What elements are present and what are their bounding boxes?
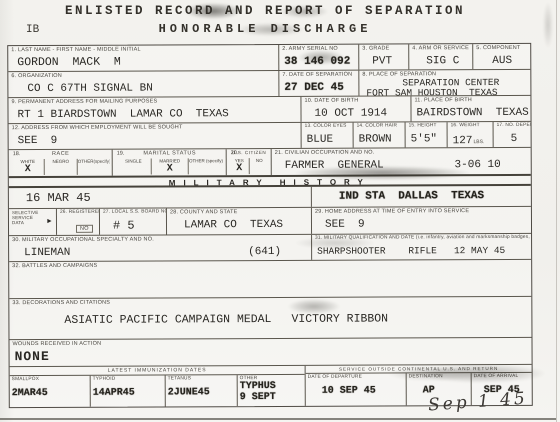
typhoid-value: 14APR45 [93,387,163,398]
local-board-value: # 5 [113,219,164,231]
immunization-columns: SMALLPOX 2MAR45 TYPHOID 14APR45 TETANUS … [10,375,305,407]
departure-label: DATE OF DEPARTURE [308,374,404,381]
race-number: 18. [13,151,21,157]
typhoid-label: TYPHOID [93,376,163,383]
field-grade: 3. GRADE PVT [358,44,408,69]
field-color-eyes: 13. COLOR EYES BLUE [301,123,353,148]
field-battles: 32. BATTLES AND CAMPAIGNS [9,260,531,298]
row-physical: 12. ADDRESS FROM WHICH EMPLOYMENT WILL B… [9,121,531,149]
place-of-birth-label: 11. PLACE OF BIRTH [414,97,528,104]
marital-number: 19. [117,151,125,157]
date-of-birth-label: 10. DATE OF BIRTH [304,97,408,104]
field-home-address: 29. HOME ADDRESS AT TIME OF ENTRY INTO S… [311,207,531,234]
marital-head: 19. MARITAL STATUS [116,150,224,157]
field-county-state: 28. COUNTY AND STATE LAMAR CO TEXAS [166,208,311,235]
field-employment-address: 12. ADDRESS FROM WHICH EMPLOYMENT WILL B… [9,123,301,149]
arrival-label: DATE OF ARRIVAL [474,374,531,381]
weight-unit: LBS. [473,139,484,145]
race-option-mark: X [12,164,44,174]
row-wounds: WOUNDS RECEIVED IN ACTION NONE [9,337,531,366]
last-name-value: GORDON MACK M [17,55,276,68]
qualification-label: 31. MILITARY QUALIFICATION AND DATE (i.e… [315,235,529,242]
race-options: WHITE X NEGRO OTHER(specify) [12,159,110,175]
immunization-group: LATEST IMMUNIZATION DATES SMALLPOX 2MAR4… [10,366,305,407]
color-eyes-label: 13. COLOR EYES [305,124,351,131]
field-entry-place: IND STA DALLAS TEXAS [311,186,531,207]
decorations-value-1: ASIATIC PACIFIC CAMPAIGN MEDAL [64,313,271,326]
other-immunization-value-2: 9 SEPT [240,391,303,402]
organization-value: CO C 67TH SIGNAL BN [27,81,276,94]
decorations-label: 33. DECORATIONS AND CITATIONS [12,298,529,307]
arm-or-service-label: 4. ARM OR SERVICE [412,45,470,52]
specialty-number: (641) [248,245,281,257]
place-of-separation-value-2: FORT SAM HOUSTON TEXAS [366,87,528,95]
serial-no-value: 38 146 092 [284,55,356,67]
citizen-option-yes: YES X [230,158,249,174]
field-height: 15. HEIGHT 5'5" [405,122,447,147]
scanned-discharge-form: IB ENLISTED RECORD AND REPORT OF SEPARAT… [0,0,560,422]
field-place-of-birth: 11. PLACE OF BIRTH BAIRDSTOWN TEXAS [410,96,530,122]
component-value: AUS [492,54,528,66]
field-wounds: WOUNDS RECEIVED IN ACTION NONE [9,338,531,366]
smallpox-value: 2MAR45 [12,387,88,398]
qualification-value: SHARPSHOOTER RIFLE 12 MAY 45 [317,244,529,257]
selective-service-label: SELECTIVE SERVICE DATA [12,210,40,225]
field-registered: 26. REGISTERED NO [56,209,99,235]
tetanus-label: TETANUS [168,376,235,383]
field-place-of-separation: 8. PLACE OF SEPARATION SEPARATION CENTER… [358,70,530,96]
height-value: 5'5" [411,133,445,145]
selective-service-arrow-icon: ► [46,218,53,225]
county-state-label: 28. COUNTY AND STATE [170,209,309,216]
entry-place-value: IND STA DALLAS TEXAS [339,190,529,203]
weight-label: 16. WEIGHT [451,123,491,130]
battles-label: 32. BATTLES AND CAMPAIGNS [12,261,529,270]
immunization-other: OTHER TYPHUS 9 SEPT [237,375,305,406]
row-address-birth: 9. PERMANENT ADDRESS FOR MAILING PURPOSE… [8,95,530,123]
smallpox-label: SMALLPOX [12,377,88,384]
mailing-address-value: RT 1 BIARDSTOWN LAMAR CO TEXAS [17,107,298,120]
field-qualification: 31. MILITARY QUALIFICATION AND DATE (i.e… [311,234,531,260]
date-of-separation-label: 7. DATE OF SEPARATION [282,72,356,79]
field-us-citizen: 20. U.S. CITIZEN YES X NO [226,149,271,175]
home-address-value: SEE 9 [325,217,529,230]
tetanus-value: 2JUNE45 [168,387,235,398]
field-weight: 16. WEIGHT 127LBS. [447,122,493,147]
registered-sub-label: NO [76,224,93,233]
citizen-head: 20. U.S. CITIZEN [230,150,269,157]
marital-option-married: MARRIED X [151,158,187,174]
other-immunization-value-1: TYPHUS [240,380,303,391]
battles-value [18,270,529,272]
race-head: 18. RACE [12,151,110,158]
wounds-label: WOUNDS RECEIVED IN ACTION [13,339,530,348]
civilian-occupation-value: FARMER GENERAL [285,159,384,171]
entry-date-value: 16 MAR 45 [26,191,309,204]
race-option-white: WHITE X [12,159,44,175]
county-state-value: LAMAR CO TEXAS [184,218,309,231]
field-last-name: 1. LAST NAME - FIRST NAME - MIDDLE INITI… [8,45,278,71]
employment-address-value: SEE 9 [18,133,299,146]
immunization-tetanus: TETANUS 2JUNE45 [165,375,237,406]
row-selective-service: SELECTIVE SERVICE DATA ► 26. REGISTERED … [9,206,531,235]
date-of-birth-value: 10 OCT 1914 [314,107,408,119]
citizen-number: 20. [231,150,239,156]
color-hair-label: 14. COLOR HAIR [357,123,403,130]
field-serial-no: 2. ARMY SERIAL NO 38 146 092 [278,45,358,70]
citizen-option-mark: X [230,164,249,174]
marital-option-other: OTHER (specify) [187,158,223,174]
field-entry-date: 16 MAR 45 [9,187,311,208]
dependents-value: 5 [511,132,529,144]
departure-value: 10 SEP 45 [322,385,404,396]
specialty-value: LINEMAN [24,246,70,258]
height-label: 15. HEIGHT [409,123,445,130]
decorations-value-2: VICTORY RIBBON [291,313,388,325]
race-title: RACE [12,151,110,157]
dependents-label: 17. NO. DEPEND. [497,123,529,130]
race-option-other: OTHER(specify) [77,159,110,175]
immunization-typhoid: TYPHOID 14APR45 [90,375,165,406]
form-title: ENLISTED RECORD AND REPORT OF SEPARATION [0,4,530,18]
field-component: 5. COMPONENT AUS [472,44,530,69]
form-grid: 1. LAST NAME - FIRST NAME - MIDDLE INITI… [7,43,533,408]
registered-label: 26. REGISTERED [60,210,97,217]
color-eyes-value: BLUE [307,133,351,145]
home-address-label: 29. HOME ADDRESS AT TIME OF ENTRY INTO S… [315,208,529,215]
form-subtitle: HONORABLE DISCHARGE [0,22,530,36]
wounds-value: NONE [15,348,530,362]
scan-right-edge [556,0,557,422]
place-of-birth-value: BAIRDSTOWN TEXAS [416,106,528,118]
race-option-negro: NEGRO [44,159,77,175]
row-battles: 32. BATTLES AND CAMPAIGNS [9,259,531,298]
mailing-address-label: 9. PERMANENT ADDRESS FOR MAILING PURPOSE… [11,98,298,106]
destination-label: DESTINATION [409,374,469,381]
last-name-label: 1. LAST NAME - FIRST NAME - MIDDLE INITI… [11,46,276,54]
race-option-label: NEGRO [45,159,77,165]
grade-value: PVT [372,55,406,67]
row-identity: 1. LAST NAME - FIRST NAME - MIDDLE INITI… [8,44,530,71]
field-specialty: 30. MILITARY OCCUPATIONAL SPECIALTY AND … [9,235,311,261]
race-option-label: OTHER(specify) [78,159,110,165]
scan-bottom-edge [0,418,557,420]
field-civilian-occupation: 21. CIVILIAN OCCUPATION AND NO. FARMER G… [271,148,531,175]
marital-options: SINGLE MARRIED X OTHER (specify) [116,158,224,174]
field-mailing-address: 9. PERMANENT ADDRESS FOR MAILING PURPOSE… [8,97,300,123]
field-date-of-separation: 7. DATE OF SEPARATION 27 DEC 45 [278,71,358,96]
field-race: 18. RACE WHITE X NEGRO OTHER(specify) [9,150,112,176]
local-board-label: 27. LOCAL S.S. BOARD NO. [103,209,164,216]
citizen-option-label: NO [250,158,269,164]
field-dependents: 17. NO. DEPEND. 5 [493,122,531,147]
weight-value: 127 [453,135,473,147]
citizen-options: YES X NO [230,158,269,174]
field-decorations: 33. DECORATIONS AND CITATIONS ASIATIC PA… [9,297,531,339]
field-selective-service: SELECTIVE SERVICE DATA ► [9,209,56,235]
employment-address-label: 12. ADDRESS FROM WHICH EMPLOYMENT WILL B… [12,124,299,132]
row-organization: 6. ORGANIZATION CO C 67TH SIGNAL BN 7. D… [8,69,530,97]
row-entry: 16 MAR 45 IND STA DALLAS TEXAS [9,186,531,208]
scan-artifact [543,2,553,48]
grade-label: 3. GRADE [362,45,406,52]
citizen-option-no: NO [249,158,269,174]
row-specialty: 30. MILITARY OCCUPATIONAL SPECIALTY AND … [9,233,531,261]
field-color-hair: 14. COLOR HAIR BROWN [353,122,405,147]
marital-title: MARITAL STATUS [116,150,224,156]
field-organization: 6. ORGANIZATION CO C 67TH SIGNAL BN [8,71,278,97]
row-demographics: 18. RACE WHITE X NEGRO OTHER(specify) [9,147,531,176]
row-decorations: 33. DECORATIONS AND CITATIONS ASIATIC PA… [9,296,531,339]
field-marital-status: 19. MARITAL STATUS SINGLE MARRIED X OTHE… [112,149,226,175]
field-local-board: 27. LOCAL S.S. BOARD NO. # 5 [99,208,166,234]
field-arm-or-service: 4. ARM OR SERVICE SIG C [408,44,472,69]
marital-option-mark: X [152,164,187,174]
date-of-separation-value: 27 DEC 45 [284,81,356,93]
component-label: 5. COMPONENT [476,45,528,52]
marital-option-label: SINGLE [116,159,151,165]
organization-label: 6. ORGANIZATION [11,72,276,80]
immunization-smallpox: SMALLPOX 2MAR45 [10,376,90,407]
civilian-occupation-number: 3-06 10 [454,158,500,170]
serial-no-label: 2. ARMY SERIAL NO [282,46,356,53]
color-hair-value: BROWN [359,133,403,145]
service-departure: DATE OF DEPARTURE 10 SEP 45 [306,373,406,405]
field-date-of-birth: 10. DATE OF BIRTH 10 OCT 1914 [300,96,410,121]
marital-option-label: OTHER (specify) [188,158,223,164]
marital-option-single: SINGLE [116,159,151,175]
arm-or-service-value: SIG C [426,55,470,67]
